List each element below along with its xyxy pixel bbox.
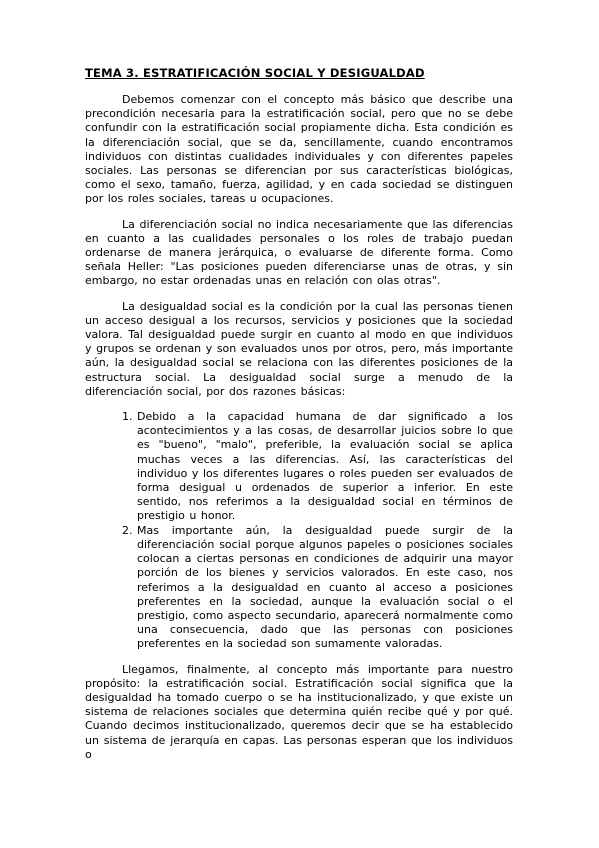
reasons-numbered-list: Debido a la capacidad humana de dar sign… bbox=[85, 410, 513, 651]
list-item-reason-2: Mas importante aún, la desigualdad puede… bbox=[137, 524, 513, 652]
paragraph-social-inequality: La desigualdad social es la condición po… bbox=[85, 300, 513, 399]
paragraph-heller-quote: La diferenciación social no indica neces… bbox=[85, 218, 513, 289]
document-title: TEMA 3. ESTRATIFICACIÓN SOCIAL Y DESIGUA… bbox=[85, 66, 513, 80]
document-page: TEMA 3. ESTRATIFICACIÓN SOCIAL Y DESIGUA… bbox=[0, 0, 599, 848]
paragraph-intro-differentiation: Debemos comenzar con el concepto más bás… bbox=[85, 93, 513, 207]
list-item-reason-1: Debido a la capacidad humana de dar sign… bbox=[137, 410, 513, 524]
document-content: TEMA 3. ESTRATIFICACIÓN SOCIAL Y DESIGUA… bbox=[85, 66, 513, 773]
paragraph-stratification-conclusion: Llegamos, finalmente, al concepto más im… bbox=[85, 663, 513, 762]
